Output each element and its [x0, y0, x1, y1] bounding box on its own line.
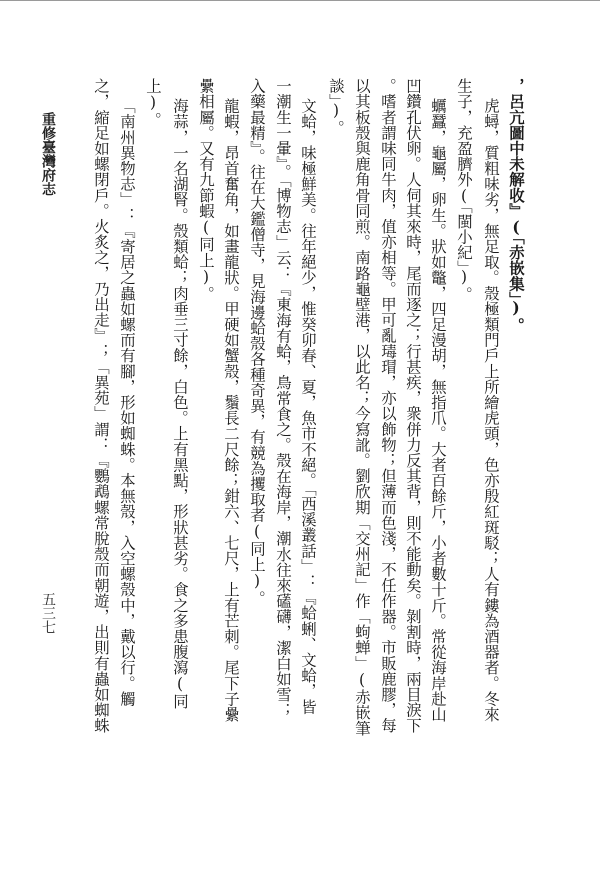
text-column-17: 之，縮足如螺閉戶。火炙之，乃出走』；「異苑」謂：『鸚鵡螺常脫殼而朝遊，出則有蟲如… — [91, 78, 111, 733]
text-column-8: 談」)。 — [326, 78, 346, 135]
text-column-4: 蠣蠶，龜屬，卵生。狀如鼈，四足漫胡，無指爪。大者百餘斤，小者數十斤。常從海岸赴山 — [428, 98, 448, 722]
text-column-12: 龍蝦，昂首奮角，如畫龍狀。甲硬如蟹殼，鬚長二尺餘；鉗六、七尺，上有芒刺。尾下子纍 — [221, 98, 241, 722]
text-column-10: 一潮生一暈』。「博物志」云：『東海有蛤，鳥常食之。殼在海岸，潮水往來礚礴，潔白如… — [273, 78, 293, 718]
page-top-border — [0, 0, 600, 1]
text-column-16: 「南州異物志」：『寄居之蟲如螺而有腳，形如蜘蛛。本無殼，入空螺殼中，戴以行。觸 — [117, 98, 137, 706]
text-column-5: 凹鑽孔伏卵。人伺其來時，尾而逐之；行甚疾，衆併力反其背，則不能動矣。剝割時，兩目… — [403, 78, 423, 733]
text-column-7: 以其板殼與鹿角骨同煎。南路龜壁港，以此名；今寫訛。劉欣期「交州記」作「蚼蝉」(赤… — [352, 78, 372, 736]
text-column-14: 海蒜，一名湖腎。殼類蛤；肉垂三寸餘，白色。上有黑點，形狀甚劣。食之多患腹瀉(同 — [170, 98, 190, 709]
text-column-3: 生子，充盈臍外(「閩小紀」)。 — [454, 78, 474, 302]
page-number: 五三七 — [38, 592, 58, 634]
text-column-11: 入藥最精』。往在大鑑僧寺，見海邊蛤殼各種奇異，有競為攫取者(同上)。 — [247, 78, 267, 606]
book-title: 重修臺灣府志 — [38, 112, 58, 196]
text-column-15: 上)。 — [143, 78, 163, 127]
text-column-1: ，呂亢圖中未解收』(「赤嵌集」)。 — [506, 78, 526, 333]
text-column-9: 文蛤，味極鮮美。往年絕少，惟癸卯春、夏，魚市不絕。「西溪叢話」：『蛤蜊、文蛤，皆 — [298, 98, 318, 714]
text-column-13: 纍相屬。又有九節蝦(同上)。 — [196, 78, 216, 302]
text-column-6: 。嗜者謂味同牛肉，值亦相等。甲可亂瑇瑁，亦以飾物；但薄而色淺，不任作器。市販鹿膠… — [378, 78, 398, 733]
text-column-2: 虎蟳，質粗味劣，無足取。殼極類門戶上所繪虎頭，色亦殷紅斑駁；人有鏤為酒器者。冬來 — [481, 98, 501, 722]
